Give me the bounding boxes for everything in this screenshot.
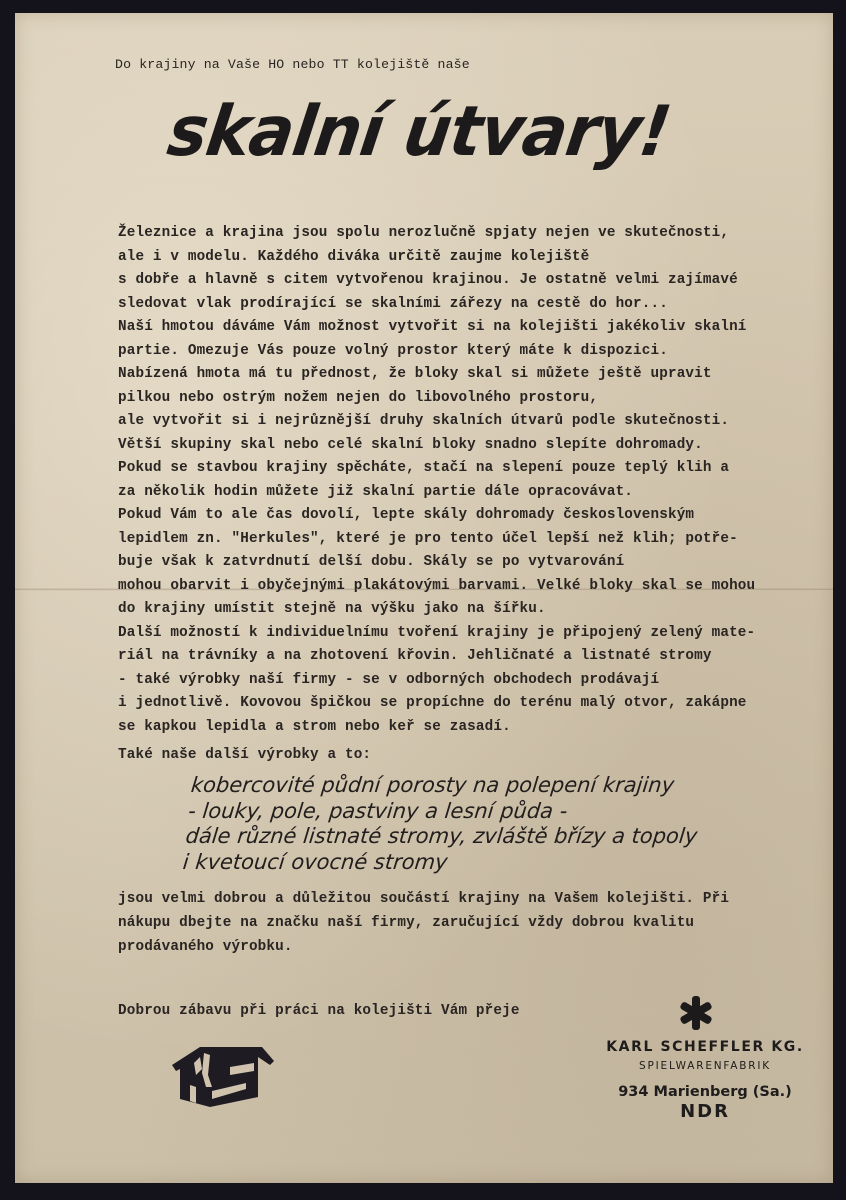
- body-line: lepidlem zn. "Herkules", které je pro te…: [118, 528, 755, 552]
- paper-sheet: Do krajiny na Vaše HO nebo TT kolejiště …: [15, 13, 833, 1183]
- body-line: s dobře a hlavně s citem vytvořenou kraj…: [118, 269, 755, 293]
- product-item: kobercovité půdní porosty na polepení kr…: [190, 773, 704, 799]
- body-line: i jednotlivě. Kovovou špičkou se propích…: [118, 692, 755, 716]
- product-item: dále různé listnaté stromy, zvláště bříz…: [184, 824, 698, 850]
- body-line: Pokud se stavbou krajiny spěcháte, stačí…: [118, 457, 755, 481]
- product-item: - louky, pole, pastviny a lesní půda -: [187, 799, 701, 825]
- asterisk-star-icon: [678, 995, 714, 1031]
- body-line: Naší hmotou dáváme Vám možnost vytvořit …: [118, 316, 755, 340]
- body-text: Železnice a krajina jsou spolu nerozlučn…: [118, 222, 755, 739]
- body-line: partie. Omezuje Vás pouze volný prostor …: [118, 340, 755, 364]
- body-line: sledovat vlak prodírající se skalními zá…: [118, 293, 755, 317]
- ks-house-logo-icon: [170, 1043, 276, 1109]
- body-line: Železnice a krajina jsou spolu nerozlučn…: [118, 222, 755, 246]
- body-line: buje však k zatvrdnutí delší dobu. Skály…: [118, 551, 755, 575]
- body-line: mohou obarvit i obyčejnými plakátovými b…: [118, 575, 755, 599]
- body-line: se kapkou lepidla a strom nebo keř se za…: [118, 716, 755, 740]
- body-line: do krajiny umístit stejně na výšku jako …: [118, 598, 755, 622]
- body-line: pilkou nebo ostrým nožem nejen do libovo…: [118, 387, 755, 411]
- body-line: za několik hodin můžete již skalní parti…: [118, 481, 755, 505]
- product-item: i kvetoucí ovocné stromy: [182, 850, 696, 876]
- company-country: NDR: [589, 1101, 821, 1122]
- closing-line: nákupu dbejte na značku naší firmy, zaru…: [118, 911, 729, 935]
- also-label: Také naše další výrobky a to:: [118, 747, 371, 763]
- body-line: Pokud Vám to ale čas dovolí, lepte skály…: [118, 504, 755, 528]
- closing-line: jsou velmi dobrou a důležitou součástí k…: [118, 887, 729, 911]
- body-line: Nabízená hmota má tu přednost, že bloky …: [118, 363, 755, 387]
- closing-line: prodávaného výrobku.: [118, 935, 729, 959]
- body-line: riál na trávníky a na zhotovení křovin. …: [118, 645, 755, 669]
- intro-line: Do krajiny na Vaše HO nebo TT kolejiště …: [115, 57, 470, 72]
- greeting: Dobrou zábavu při práci na kolejišti Vám…: [118, 1003, 520, 1019]
- body-line: ale i v modelu. Každého diváka určitě za…: [118, 246, 755, 270]
- body-line: - také výrobky naší firmy - se v odborný…: [118, 669, 755, 693]
- headline: skalní útvary!: [163, 91, 675, 172]
- company-block: KARL SCHEFFLER KG. SPIELWARENFABRIK 934 …: [589, 1039, 821, 1122]
- company-subtitle: SPIELWARENFABRIK: [589, 1060, 821, 1072]
- closing-text: jsou velmi dobrou a důležitou součástí k…: [118, 887, 729, 959]
- body-line: Větší skupiny skal nebo celé skalní blok…: [118, 434, 755, 458]
- product-list: kobercovité půdní porosty na polepení kr…: [182, 773, 704, 875]
- company-address: 934 Marienberg (Sa.): [589, 1084, 821, 1100]
- body-line: ale vytvořit si i nejrůznější druhy skal…: [118, 410, 755, 434]
- body-line: Další možností k individuelnímu tvoření …: [118, 622, 755, 646]
- company-name: KARL SCHEFFLER KG.: [589, 1039, 821, 1055]
